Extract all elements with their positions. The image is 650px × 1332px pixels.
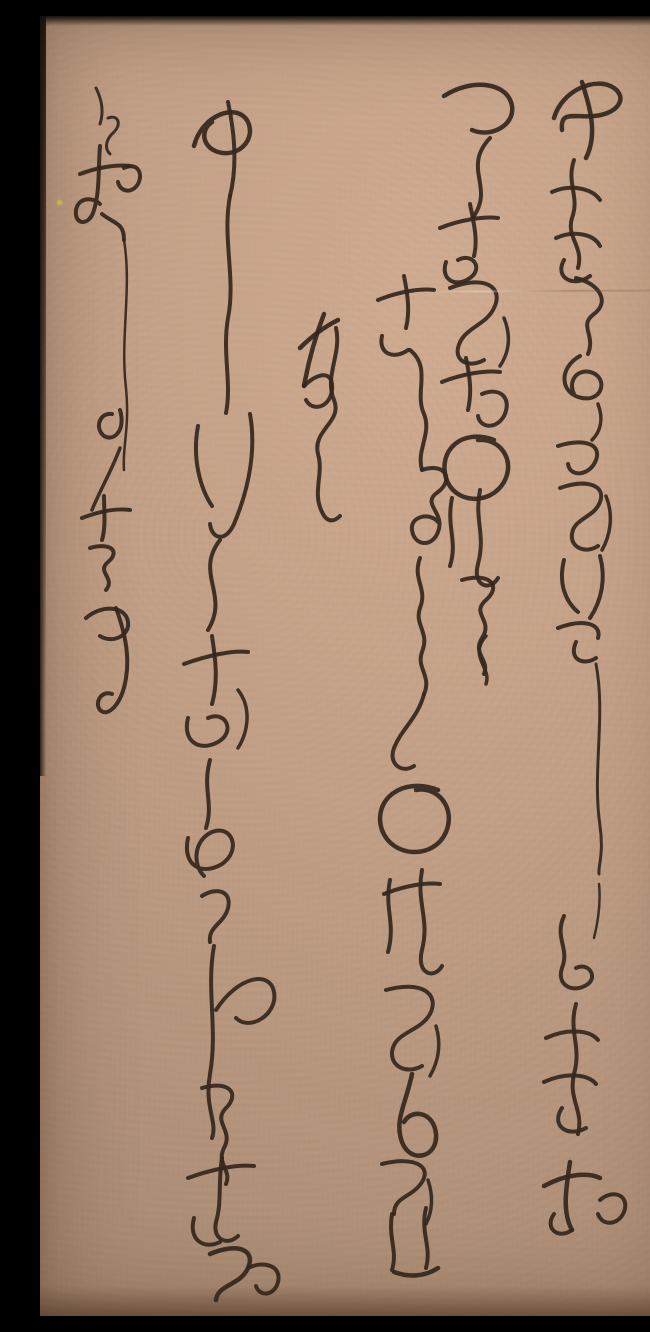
paper-speck-yellow bbox=[57, 200, 62, 205]
photo-edge-left bbox=[40, 16, 46, 776]
calligraphy-column-4 bbox=[300, 314, 340, 520]
calligraphy-layer bbox=[40, 16, 650, 1316]
calligraphy-column-3 bbox=[378, 276, 449, 1275]
calligraphy-column-1 bbox=[544, 82, 625, 1234]
calligraphy-column-6 bbox=[76, 88, 140, 712]
photo-edge-bottom-shadow bbox=[40, 1286, 650, 1316]
manuscript-photo bbox=[40, 16, 650, 1316]
calligraphy-column-2 bbox=[440, 85, 512, 684]
calligraphy-column-5 bbox=[184, 102, 279, 1300]
photo-edge-top bbox=[40, 16, 650, 26]
